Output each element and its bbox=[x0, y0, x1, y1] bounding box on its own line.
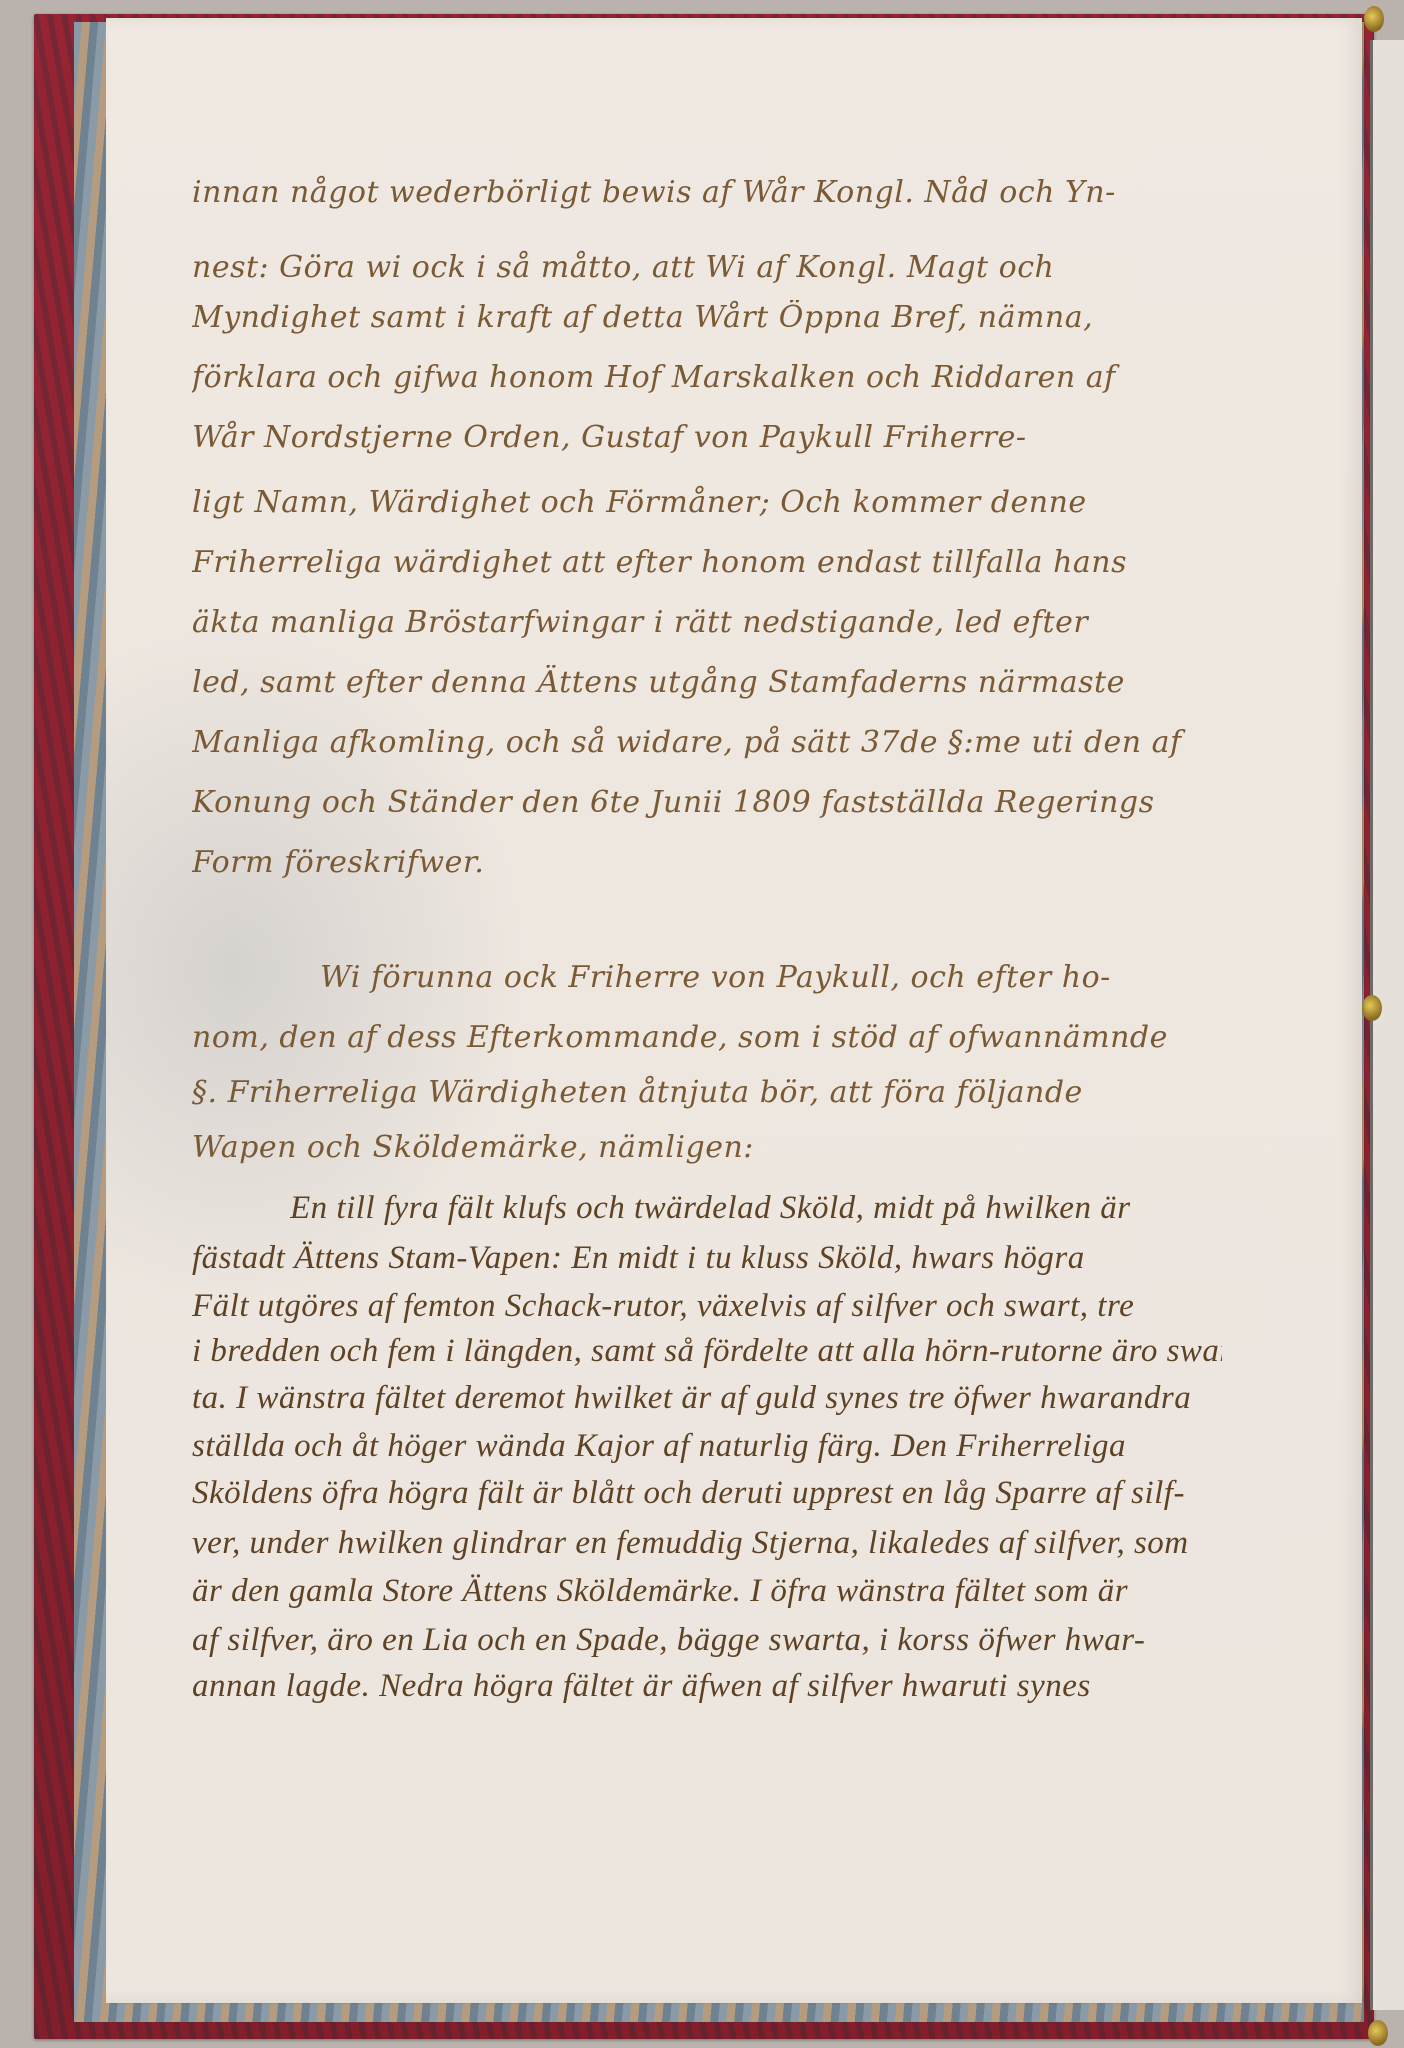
text-line: Sköldens öfra högra fält är blått och de… bbox=[192, 1475, 1222, 1512]
text-line: Form föreskrifwer. bbox=[192, 845, 1222, 880]
text-line: led, samt efter denna Ättens utgång Stam… bbox=[192, 665, 1222, 700]
text-line: Wapen och Sköldemärke, nämligen: bbox=[192, 1130, 1222, 1165]
gold-clasp-bottom bbox=[1368, 2020, 1388, 2046]
text-line: är den gamla Store Ättens Sköldemärke. I… bbox=[192, 1573, 1222, 1610]
text-line: Wår Nordstjerne Orden, Gustaf von Paykul… bbox=[192, 420, 1222, 455]
text-line: nom, den af dess Efterkommande, som i st… bbox=[192, 1020, 1222, 1055]
text-line: nest: Göra wi ock i så måtto, att Wi af … bbox=[192, 250, 1222, 285]
text-line: §. Friherreliga Wärdigheten åtnjuta bör,… bbox=[192, 1075, 1222, 1110]
text-line: Myndighet samt i kraft af detta Wårt Öpp… bbox=[192, 300, 1222, 335]
text-line: äkta manliga Bröstarfwingar i rätt nedst… bbox=[192, 605, 1222, 640]
text-line: Fält utgöres af femton Schack-rutor, väx… bbox=[192, 1288, 1222, 1325]
text-line: En till fyra fält klufs och twärdelad Sk… bbox=[290, 1190, 1190, 1227]
text-line: fästadt Ättens Stam-Vapen: En midt i tu … bbox=[192, 1240, 1222, 1277]
text-line: Manliga afkomling, och så widare, på sät… bbox=[192, 725, 1222, 760]
facing-page-edge bbox=[1370, 40, 1404, 2010]
text-line: ligt Namn, Wärdighet och Förmåner; Och k… bbox=[192, 485, 1222, 520]
text-line: annan lagde. Nedra högra fältet är äfwen… bbox=[192, 1668, 1222, 1705]
text-line: Wi förunna ock Friherre von Paykull, och… bbox=[320, 960, 1220, 995]
text-line: af silfver, äro en Lia och en Spade, bäg… bbox=[192, 1622, 1222, 1659]
text-line: ver, under hwilken glindrar en femuddig … bbox=[192, 1525, 1222, 1562]
gold-clasp-middle bbox=[1362, 995, 1382, 1021]
text-line: Konung och Ständer den 6te Junii 1809 fa… bbox=[192, 785, 1222, 820]
text-line: innan något wederbörligt bewis af Wår Ko… bbox=[192, 175, 1222, 210]
text-line: ställda och åt höger wända Kajor af natu… bbox=[192, 1428, 1222, 1465]
gold-clasp-top bbox=[1364, 6, 1384, 32]
text-line: Friherreliga wärdighet att efter honom e… bbox=[192, 545, 1222, 580]
text-line: i bredden och fem i längden, samt så för… bbox=[192, 1333, 1222, 1370]
text-line: förklara och gifwa honom Hof Marskalken … bbox=[192, 360, 1222, 395]
text-line: ta. I wänstra fältet deremot hwilket är … bbox=[192, 1380, 1222, 1417]
